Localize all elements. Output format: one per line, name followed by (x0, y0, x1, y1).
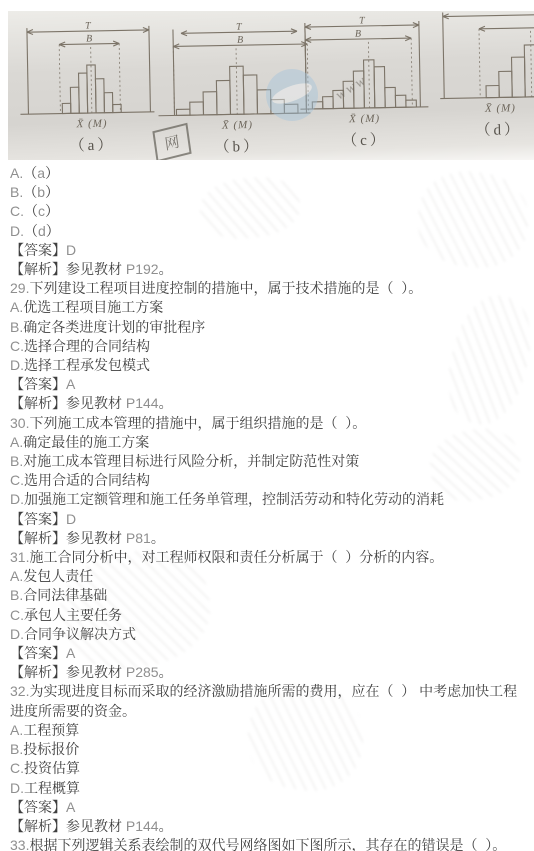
answer-line: 【答案】D (10, 241, 531, 260)
svg-text:T: T (85, 20, 92, 31)
svg-text:（c）: （c） (342, 132, 388, 150)
histogram-panel-d: TBX̄ (M)（d） (439, 11, 534, 141)
option-line: D.选择工程承发包模式 (10, 356, 531, 375)
analysis-line: 【解析】参见教材 P285。 (10, 663, 531, 682)
option-line: A.工程预算 (10, 721, 531, 740)
analysis-line: 【解析】参见教材 P192。 (10, 260, 531, 279)
svg-text:X̄ (M): X̄ (M) (484, 102, 516, 115)
question-stem: 33.根据下列逻辑关系表绘制的双代号网络图如下图所示，其存在的错误是（ ）。 (10, 836, 531, 851)
exam-page: TBX̄ (M)（a）TBX̄ (M)（b）TBX̄ (M)（c）TBX̄ (M… (0, 0, 534, 851)
analysis-line: 【解析】参见教材 P144。 (10, 394, 531, 413)
question-stem: 31.施工合同分析中，对工程师权限和责任分析属于（ ）分析的内容。 (10, 548, 531, 567)
svg-text:（b）: （b） (214, 138, 261, 156)
answer-line: 【答案】D (10, 510, 531, 529)
svg-text:B: B (86, 33, 92, 44)
option-line: A.（a） (10, 164, 531, 183)
svg-text:B: B (237, 35, 243, 46)
watermark-stamp-text: 网 (163, 130, 181, 155)
svg-text:X̄ (M): X̄ (M) (221, 119, 253, 132)
option-line: C.选用合适的合同结构 (10, 471, 531, 490)
answer-line: 【答案】A (10, 375, 531, 394)
option-line: B.投标报价 (10, 740, 531, 759)
svg-text:B: B (355, 29, 361, 40)
option-line: D.（d） (10, 222, 531, 241)
question-stem: 32.为实现进度目标而采取的经济激励措施所需的费用，应在（ ） 中考虑加快工程进… (10, 682, 531, 720)
svg-text:T: T (236, 22, 243, 33)
option-line: B.对施工成本管理目标进行风险分析，并制定防范性对策 (10, 452, 531, 471)
option-line: A.优选工程项目施工方案 (10, 298, 531, 317)
option-line: D.加强施工定额管理和施工任务单管理，控制活劳动和特化劳动的消耗 (10, 490, 531, 509)
option-line: A.发包人责任 (10, 567, 531, 586)
svg-text:T: T (359, 15, 366, 26)
svg-text:（a）: （a） (69, 137, 115, 155)
option-line: B.（b） (10, 183, 531, 202)
question-stem: 30.下列施工成本管理的措施中，属于组织措施的是（ ）。 (10, 414, 531, 433)
svg-text:（d）: （d） (475, 121, 522, 139)
option-line: A.确定最佳的施工方案 (10, 433, 531, 452)
option-line: B.确定各类进度计划的审批程序 (10, 318, 531, 337)
option-line: C.承包人主要任务 (10, 606, 531, 625)
analysis-line: 【解析】参见教材 P81。 (10, 529, 531, 548)
histogram-panel-a: TBX̄ (M)（a） (19, 22, 155, 156)
svg-text:X̄ (M): X̄ (M) (348, 113, 380, 126)
svg-text:X̄ (M): X̄ (M) (75, 118, 107, 131)
question-stem: 29.下列建设工程项目进度控制的措施中，属于技术措施的是（ ）。 (10, 279, 531, 298)
answer-line: 【答案】A (10, 798, 531, 817)
option-line: B.合同法律基础 (10, 586, 531, 605)
analysis-line: 【解析】参见教材 P144。 (10, 817, 531, 836)
option-line: D.合同争议解决方式 (10, 625, 531, 644)
figure-scan: TBX̄ (M)（a）TBX̄ (M)（b）TBX̄ (M)（c）TBX̄ (M… (8, 11, 534, 160)
option-line: C.（c） (10, 202, 531, 221)
option-line: D.工程概算 (10, 779, 531, 798)
watermark-logo-icon (266, 69, 318, 121)
option-line: C.投资估算 (10, 759, 531, 778)
questions: A.（a）B.（b）C.（c）D.（d）【答案】D【解析】参见教材 P192。2… (10, 164, 531, 851)
option-line: C.选择合理的合同结构 (10, 337, 531, 356)
answer-line: 【答案】A (10, 644, 531, 663)
